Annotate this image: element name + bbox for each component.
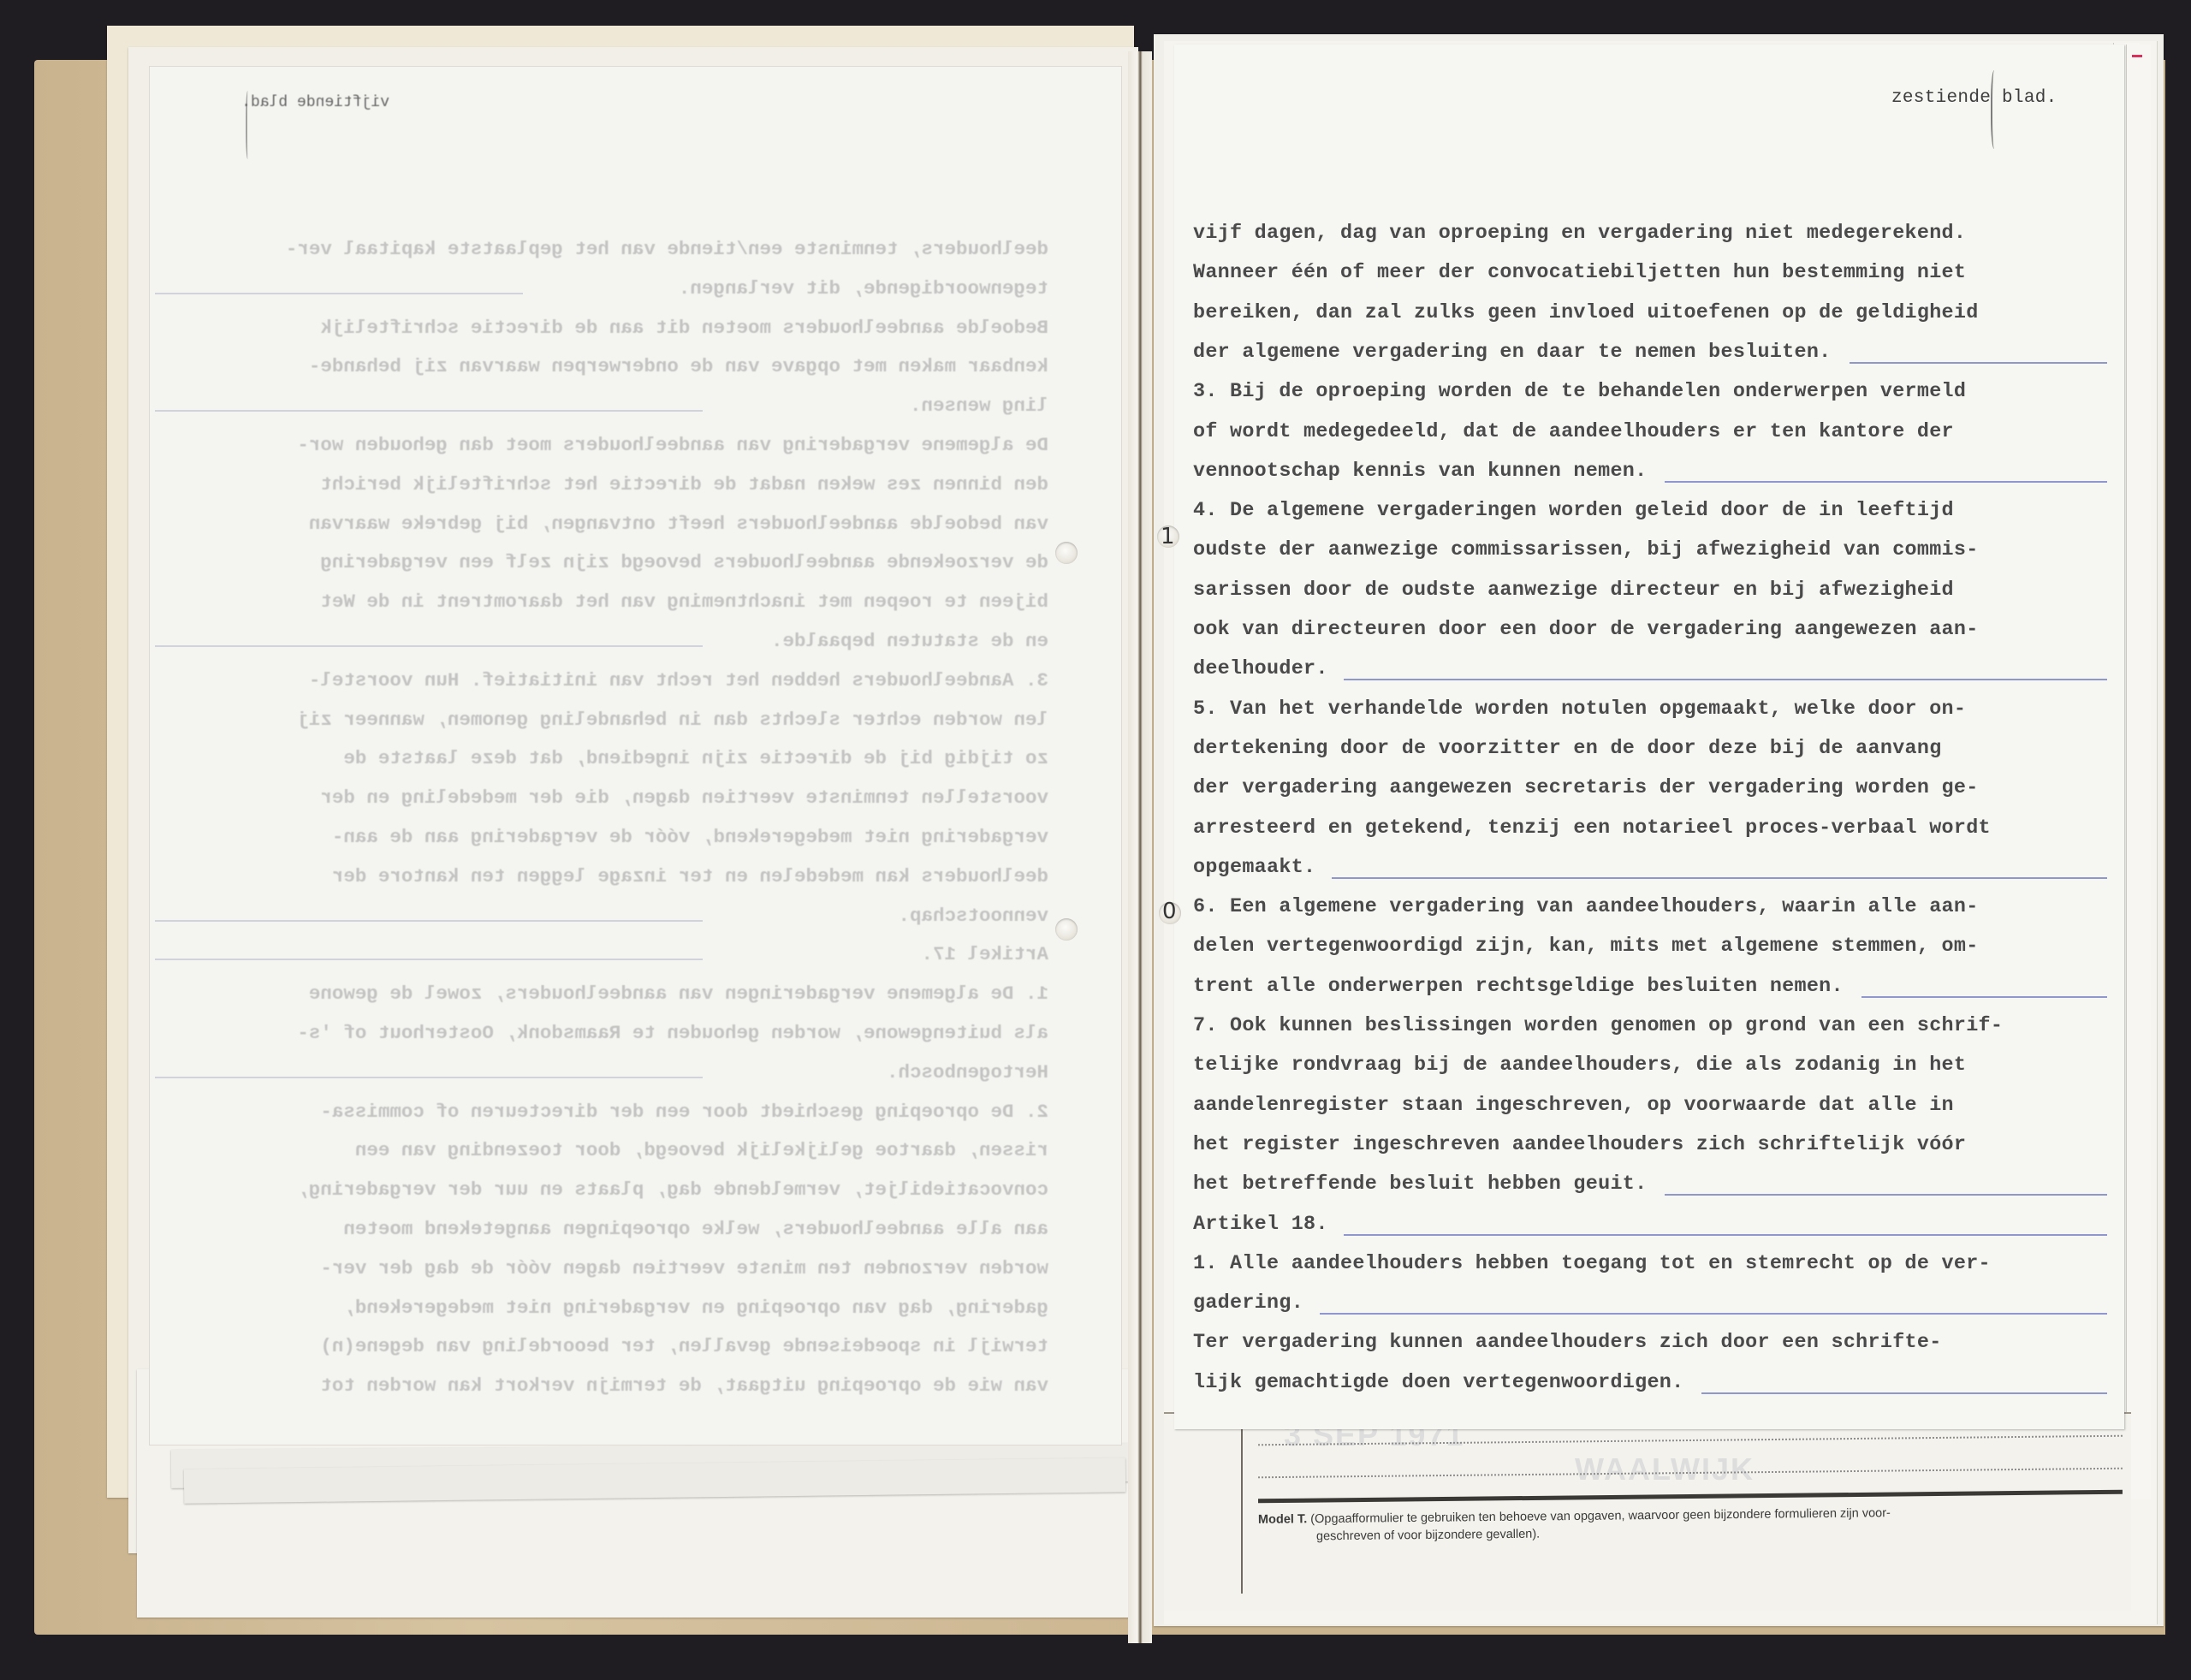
right-page-line: trent alle onderwerpen rechtsgeldige bes… (1193, 977, 1844, 997)
location-stamp: WAALWIJK (1575, 1451, 1755, 1487)
left-page-line: 1. De algemene vergaderingen van aandeel… (150, 982, 1048, 1005)
right-page-line: het register ingeschreven aandeelhouders… (1193, 1136, 1966, 1155)
right-page-line: der vergadering aangewezen secretaris de… (1193, 779, 1979, 798)
left-page: vijftiende blad. deelhouders, tenminste … (150, 67, 1121, 1445)
left-page-line: vergadering niet medegerekend, vóór de v… (150, 826, 1048, 848)
left-page-line: bijeen te roepen met inachtneming van he… (150, 591, 1048, 613)
fill-rule-line (1665, 1194, 2107, 1196)
left-page-line: voorstellen tenminste veertien dagen, di… (150, 787, 1048, 809)
right-page-line: of wordt medegedeeld, dat de aandeelhoud… (1193, 423, 1954, 442)
form-caption-text: (Opgaafformulier te gebruiken ten behoev… (1310, 1506, 1891, 1526)
left-page-line: als buitengewone, worden gehouden te Raa… (150, 1022, 1048, 1044)
form-model-t: 3 SEP 1971 WAALWIJK Model T. (Opgaafform… (1164, 1412, 2131, 1611)
left-page-line: aan alle aandeelhouders, welke oproeping… (150, 1218, 1048, 1240)
right-page-line: vijf dagen, dag van oproeping en vergade… (1193, 224, 1966, 244)
right-page-line: Ter vergadering kunnen aandeelhouders zi… (1193, 1333, 1942, 1353)
left-page-rule (155, 959, 703, 960)
right-page-line: opgemaakt. (1193, 858, 1315, 878)
right-page-line: oudste der aanwezige commissarissen, bij… (1193, 541, 1979, 561)
left-page-line: ling wensen. (150, 395, 1048, 417)
right-page-line: deelhouder. (1193, 660, 1328, 680)
form-margin-line (1241, 1414, 1243, 1594)
right-page-line: 5. Van het verhandelde worden notulen op… (1193, 700, 1966, 720)
right-page-line: 1. Alle aandeelhouders hebben toegang to… (1193, 1255, 1991, 1274)
left-page-line: Hertogenbosch. (150, 1061, 1048, 1083)
fill-rule-line (1701, 1392, 2107, 1394)
right-page-line: Wanneer één of meer der convocatiebiljet… (1193, 264, 1966, 283)
left-page-line: en de statuten bepaalde. (150, 630, 1048, 652)
fill-rule-line (1320, 1313, 2107, 1315)
left-page-line: deelhouders, tenminste een/tiende van he… (150, 238, 1048, 260)
right-page-line: bereiken, dan zal zulks geen invloed uit… (1193, 304, 1979, 324)
left-page-line: de verzoekende aandeelhouders bevoegd zi… (150, 551, 1048, 573)
left-page-rule (155, 293, 523, 294)
right-page-line: lijk gemachtigde doen vertegenwoordigen. (1193, 1374, 1683, 1393)
left-page-rule (155, 410, 703, 412)
left-page-line: Bedoelde aandeelhouders moeten dit aan d… (150, 317, 1048, 339)
right-page-line: sarissen door de oudste aanwezige direct… (1193, 581, 1954, 601)
right-page-line: gadering. (1193, 1294, 1303, 1314)
right-page-line: 4. De algemene vergaderingen worden gele… (1193, 502, 1954, 521)
right-page-line: delen vertegenwoordigd zijn, kan, mits m… (1193, 937, 1979, 957)
left-page-line: gadering, dag van oproeping en vergaderi… (150, 1297, 1048, 1319)
binding-spine (1128, 51, 1152, 1643)
left-page-line: zo tijdig bij de directie zijn ingediend… (150, 747, 1048, 769)
right-page-line: arresteerd en getekend, tenzij een notar… (1193, 819, 1991, 839)
right-page-line: 6. Een algemene vergadering van aandeelh… (1193, 898, 1979, 917)
form-heavy-rule (1258, 1490, 2123, 1504)
left-page-line: kenbaar maken met opgave van de onderwer… (150, 355, 1048, 377)
left-page-line: vennootschap. (150, 905, 1048, 927)
left-page-line: rissen, daartoe gelijkelijk bevoegd, doo… (150, 1139, 1048, 1161)
left-page-line: tegenwoordigende, dit verlangen. (150, 277, 1048, 300)
form-model-label: Model T. (1258, 1512, 1307, 1527)
right-page-line: der algemene vergadering en daar te neme… (1193, 343, 1832, 363)
fill-rule-line (1861, 996, 2107, 998)
left-page-line: Artikel 17. (150, 943, 1048, 965)
left-page-line: worden verzonden ten minste veertien dag… (150, 1257, 1048, 1279)
right-page-line: 7. Ook kunnen beslissingen worden genome… (1193, 1017, 2003, 1036)
left-page-line: len worden echter slechts dan in behande… (150, 709, 1048, 731)
left-page-line: 2. De oproeping geschiedt door een der d… (150, 1101, 1048, 1123)
fill-rule-line (1332, 877, 2107, 879)
right-page-header: zestiende blad. (1891, 89, 2057, 107)
right-page-line: 3. Bij de oproeping worden de te behande… (1193, 383, 1966, 402)
left-page-rule (155, 1077, 703, 1078)
punch-hole (1055, 918, 1078, 941)
pen-mark (246, 91, 251, 159)
punch-hole (1055, 542, 1078, 564)
left-page-rule (155, 645, 703, 647)
hole-mark-upper: 1 (1161, 524, 1175, 549)
left-page-line: den binnen zes weken nadat de directie h… (150, 473, 1048, 496)
signature-pen-stroke (1991, 70, 1999, 149)
right-page-line: ook van directeuren door een door de ver… (1193, 620, 1979, 640)
form-caption-line-1: Model T. (Opgaafformulier te gebruiken t… (1258, 1506, 1891, 1527)
left-page-line: terwijl in spoedeisende gevallen, ter be… (150, 1335, 1048, 1357)
hole-mark-lower: 0 (1162, 899, 1177, 924)
left-page-line: van wie de oproeping uitgaat, de termijn… (150, 1374, 1048, 1397)
left-page-line: van bedoelde aandeelhouders heeft ontvan… (150, 513, 1048, 535)
red-tab-mark (2132, 55, 2142, 57)
fill-rule-line (1665, 481, 2107, 483)
right-page-line: dertekening door de voorzitter en de doo… (1193, 739, 1942, 759)
fill-rule-line (1344, 1234, 2107, 1236)
right-page: zestiende blad. 1 0 vijf dagen, dag van … (1174, 45, 2124, 1429)
left-page-header: vijftiende blad. (184, 94, 389, 111)
fill-rule-line (1344, 679, 2107, 680)
left-page-rule (155, 920, 703, 922)
left-page-line: 3. Aandeelhouders hebben het recht van i… (150, 669, 1048, 692)
right-page-line: vennootschap kennis van kunnen nemen. (1193, 462, 1647, 482)
right-page-line: aandelenregister staan ingeschreven, op … (1193, 1096, 1954, 1116)
right-page-line: het betreffende besluit hebben geuit. (1193, 1175, 1647, 1195)
right-page-line: telijke rondvraag bij de aandeelhouders,… (1193, 1056, 1966, 1076)
left-page-line: convocatiebiljet, vermeldende dag, plaat… (150, 1178, 1048, 1201)
page-edge-strip (2127, 45, 2151, 1499)
fill-rule-line (1850, 362, 2107, 364)
form-caption-line-2: geschreven of voor bijzondere gevallen). (1316, 1528, 1540, 1544)
right-page-line: Artikel 18. (1193, 1215, 1328, 1235)
left-page-line: De algemene vergadering van aandeelhoude… (150, 434, 1048, 456)
left-page-line: deelhouders kan mededelen en ter inzage … (150, 865, 1048, 887)
